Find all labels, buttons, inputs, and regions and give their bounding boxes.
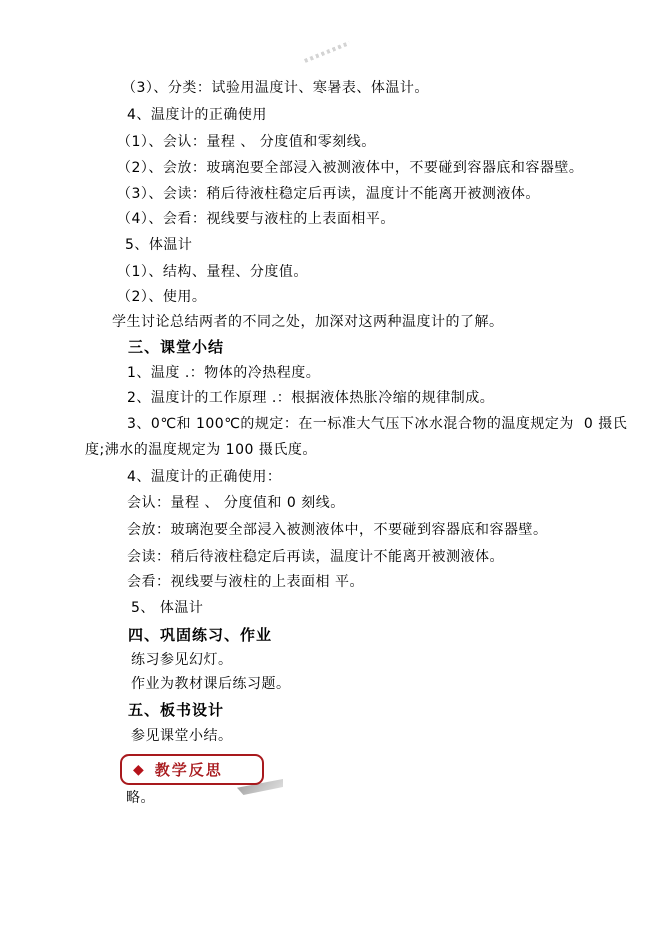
text-line: 练习参见幻灯。 [131, 652, 233, 668]
text-line: 参见课堂小结。 [131, 728, 233, 744]
text-line: 会认：量程 、 分度值和 0 刻线。 [127, 495, 345, 511]
text-line: （1）、会认：量程 、 分度值和零刻线。 [117, 134, 376, 150]
watermark [304, 41, 350, 63]
teaching-reflection-box: ◆ 教学反思 [120, 754, 264, 785]
text-line: 略。 [126, 790, 155, 806]
text-line: （2）、会放：玻璃泡要全部浸入被测液体中，不要碰到容器底和容器壁。 [117, 160, 583, 176]
text-line: （3）、会读：稍后待液柱稳定后再读，温度计不能离开被测液体。 [117, 186, 540, 202]
document-page: （3）、分类：试验用温度计、寒暑表、体温计。 4、温度计的正确使用 （1）、会认… [0, 0, 661, 935]
text-line: 5、体温计 [125, 237, 192, 253]
text-line: 2、温度计的工作原理 .：根据液体热胀冷缩的规律制成。 [127, 390, 494, 406]
text-line: 1、温度 .：物体的冷热程度。 [127, 365, 320, 381]
heading-practice-homework: 四、巩固练习、作业 [128, 627, 272, 643]
teaching-reflection-label: 教学反思 [155, 759, 223, 780]
text-line: （4）、会看：视线要与液柱的上表面相平。 [117, 211, 395, 227]
text-line: 会放：玻璃泡要全部浸入被测液体中，不要碰到容器底和容器壁。 [127, 522, 548, 538]
diamond-icon: ◆ [133, 763, 144, 777]
text-line: 4、温度计的正确使用： [127, 469, 281, 485]
text-line: 5、 体温计 [131, 600, 203, 616]
heading-board-design: 五、板书设计 [128, 702, 224, 718]
text-line: 4、温度计的正确使用 [127, 107, 267, 123]
text-line: （3）、分类：试验用温度计、寒暑表、体温计。 [122, 80, 429, 96]
heading-class-summary: 三、课堂小结 [128, 339, 224, 355]
text-line: 会读：稍后待液柱稳定后再读，温度计不能离开被测液体。 [127, 549, 504, 565]
text-line: （2）、使用。 [117, 289, 206, 305]
text-line: 会看：视线要与液柱的上表面相 平。 [127, 574, 364, 590]
text-line: （1）、结构、量程、分度值。 [117, 264, 308, 280]
text-line: 度;沸水的温度规定为 100 摄氏度。 [85, 442, 317, 458]
text-line: 作业为教材课后练习题。 [131, 676, 291, 692]
text-line: 学生讨论总结两者的不同之处，加深对这两种温度计的了解。 [112, 314, 504, 330]
text-line: 3、0℃和 100℃的规定：在一标准大气压下冰水混合物的温度规定为 0 摄氏 [127, 416, 627, 432]
